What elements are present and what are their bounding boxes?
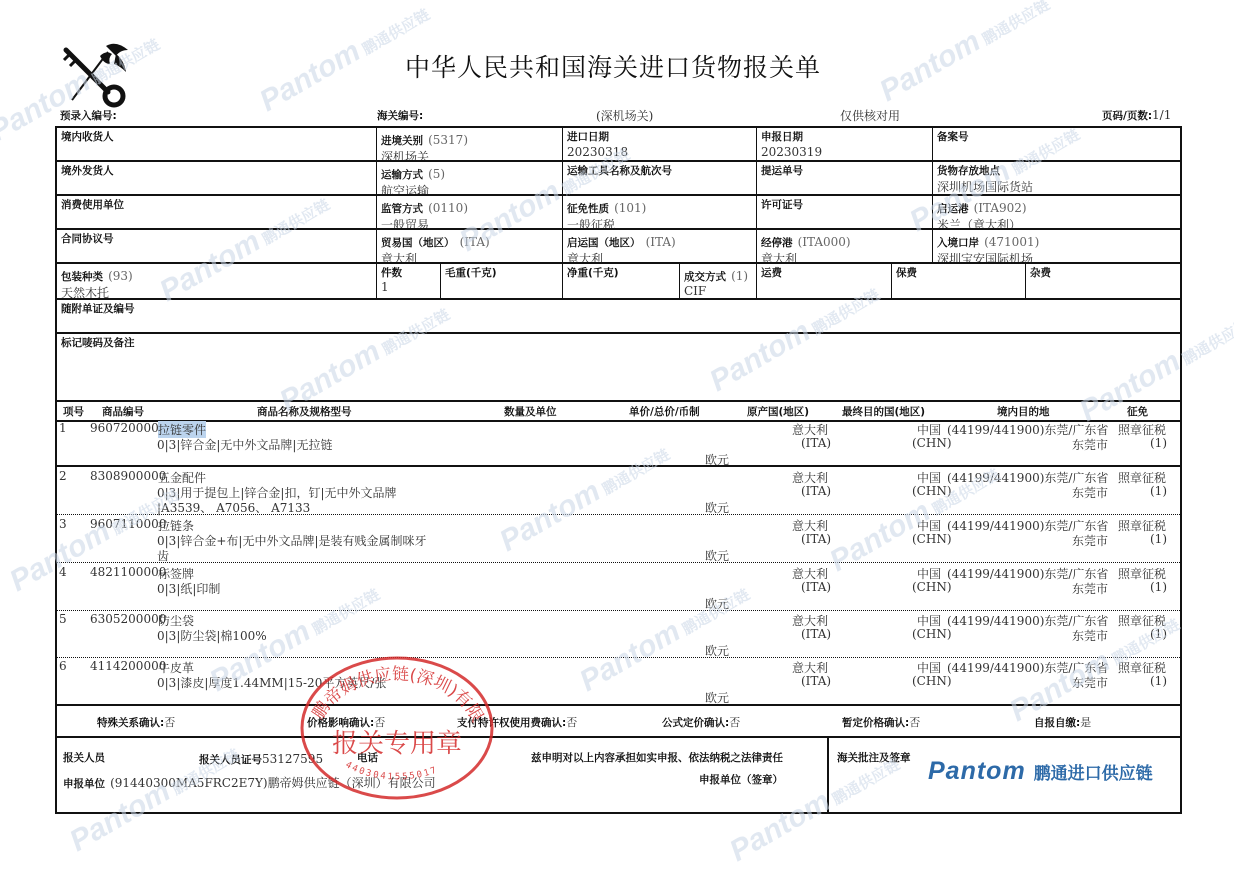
goods-currency: 欧元 [705,595,729,612]
customs-emblem-icon [60,38,130,110]
field-gross-weight: 毛重(千克) [441,264,563,300]
field-declare-date: 申报日期 20230319 [757,128,933,162]
goods-row: 39607110000拉链条0|3|锌合金+布|无中外文品牌|是装有贱金属制咪牙… [57,516,1180,563]
goods-origin-code: (ITA) [801,674,831,688]
goods-dest-code: (CHN) [912,484,952,498]
goods-currency: 欧元 [705,547,729,564]
field-marks: 标记唛码及备注 [57,334,1180,400]
field-package-type: 包装种类 (93) 天然木托 [57,264,377,300]
declaring-unit: 申报单位 (91440300MA5FRC2E7Y)鹏帝姆供应链（深圳）有限公司 [63,772,436,791]
goods-row: 56305200000防尘袋0|3|防尘袋|棉100%欧元意大利(ITA)中国(… [57,611,1180,658]
goods-levy-code: (1) [1150,627,1167,641]
goods-domestic-city: 东莞市 [1072,580,1108,597]
goods-currency: 欧元 [705,499,729,516]
goods-domestic-city: 东莞市 [1072,484,1108,501]
goods-dest-code: (CHN) [912,674,952,688]
goods-levy-code: (1) [1150,580,1167,594]
field-supervision: 监管方式 (0110) 一般贸易 [377,196,563,230]
goods-hs-code: 9607110000 [90,517,166,531]
goods-domestic-city: 东莞市 [1072,532,1108,549]
field-pieces: 件数 1 [377,264,441,300]
confirm-self-declare: 自报自缴:是 [1034,714,1091,730]
confirmations-row: 特殊关系确认:否 价格影响确认:否 支付特许权使用费确认:否 公式定价确认:否 … [57,706,1180,738]
field-contract-no: 合同协议号 [57,230,377,264]
field-net-weight: 净重(千克) [563,264,680,300]
pre-entry-no-label: 预录入编号: [60,108,117,123]
field-bill-no: 提运单号 [757,162,933,196]
goods-levy-code: (1) [1150,674,1167,688]
field-entry-customs: 进境关别 (5317) 深机场关 [377,128,563,162]
goods-dest-code: (CHN) [912,436,952,450]
field-import-date: 进口日期 20230318 [563,128,757,162]
customs-office: (深机场关) [596,107,653,124]
field-license-no: 许可证号 [757,196,933,230]
confirm-provisional-price: 暂定价格确认:否 [842,714,920,730]
goods-spec: 齿 [157,547,169,564]
field-departure-country: 启运国（地区） (ITA) 意大利 [563,230,757,264]
document-title: 中华人民共和国海关进口货物报关单 [405,48,821,84]
field-entry-port: 入境口岸 (471001) 深圳宝安国际机场 [933,230,1180,264]
goods-spec: 0|3|防尘袋|棉100% [157,627,267,644]
goods-origin-code: (ITA) [801,484,831,498]
field-misc-fee: 杂费 [1026,264,1180,300]
customs-approval-label: 海关批注及签章 [837,750,911,765]
goods-spec: |A3539、 A7056、 A7133 [157,499,310,516]
goods-origin-code: (ITA) [801,627,831,641]
goods-row: 28308900000五金配件0|3|用于提包上|锌合金|扣，钉|无中外文品牌|… [57,468,1180,515]
declaration-statement: 兹申明对以上内容承担如实申报、依法纳税之法律责任 [531,750,783,765]
goods-currency: 欧元 [705,689,729,706]
goods-domestic-city: 东莞市 [1072,674,1108,691]
goods-no: 5 [59,612,67,626]
goods-dest-code: (CHN) [912,627,952,641]
goods-no: 4 [59,565,67,579]
goods-hs-code: 8308900000 [90,469,166,483]
field-record-no: 备案号 [933,128,1180,162]
goods-row: 64114200000牛皮革0|3|漆皮|厚度1.44MM|15-20平方英尺/… [57,658,1180,706]
goods-currency: 欧元 [705,642,729,659]
declaration-form: 境内收货人 进境关别 (5317) 深机场关 进口日期 20230318 申报日… [55,126,1182,814]
field-transport-name: 运输工具名称及航次号 [563,162,757,196]
phone-label: 电话 [357,750,378,765]
goods-no: 6 [59,659,67,673]
goods-levy-code: (1) [1150,436,1167,450]
declarant-cert: 报关人员证号53127595 [199,748,323,767]
field-consignee: 境内收货人 [57,128,377,162]
goods-hs-code: 9607200000 [90,421,166,435]
goods-currency: 欧元 [705,451,729,468]
field-freight: 运费 [757,264,892,300]
goods-row: 44821100000标签牌0|3|纸|印制欧元意大利(ITA)中国(CHN)(… [57,564,1180,611]
goods-levy-code: (1) [1150,532,1167,546]
confirm-price-impact: 价格影响确认:否 [307,714,385,730]
goods-spec: 0|3|纸|印制 [157,580,220,597]
goods-no: 3 [59,517,67,531]
goods-origin-code: (ITA) [801,532,831,546]
field-storage: 货物存放地点 深圳机场国际货站 [933,162,1180,196]
field-transport-mode: 运输方式 (5) 航空运输 [377,162,563,196]
goods-no: 1 [59,421,67,435]
confirm-special-relation: 特殊关系确认:否 [97,714,175,730]
customs-no-label: 海关编号: [377,108,423,123]
declarant-label: 报关人员 [63,750,105,765]
pantom-brand-logo: Pantom鹏通进口供应链 [928,757,1153,786]
field-trade-country: 贸易国（地区） (ITA) 意大利 [377,230,563,264]
field-consumer: 消费使用单位 [57,196,377,230]
page-number: 页码/页数:1/1 [1102,108,1171,123]
goods-table-header: 项号 商品编号 商品名称及规格型号 数量及单位 单价/总价/币制 原产国(地区)… [57,400,1180,422]
goods-no: 2 [59,469,67,483]
watermark: Pantom鹏通供应链 [874,0,1055,109]
goods-origin-code: (ITA) [801,580,831,594]
field-attached-docs: 随附单证及编号 [57,300,1180,334]
field-transit-port: 经停港 (ITA000) 意大利 [757,230,933,264]
goods-hs-code: 4114200000 [90,659,166,673]
goods-hs-code: 6305200000 [90,612,166,626]
field-consignor: 境外发货人 [57,162,377,196]
goods-domestic-city: 东莞市 [1072,627,1108,644]
goods-dest-code: (CHN) [912,580,952,594]
goods-origin-code: (ITA) [801,436,831,450]
confirm-formula-pricing: 公式定价确认:否 [662,714,740,730]
field-trade-terms: 成交方式 (1) CIF [680,264,757,300]
goods-spec: 0|3|锌合金|无中外文品牌|无拉链 [157,436,332,453]
confirm-royalty: 支付特许权使用费确认:否 [457,714,577,730]
verify-note: 仅供核对用 [840,107,900,124]
goods-domestic-city: 东莞市 [1072,436,1108,453]
field-levy-nature: 征免性质 (101) 一般征税 [563,196,757,230]
goods-dest-code: (CHN) [912,532,952,546]
field-insurance: 保费 [892,264,1026,300]
declaring-unit-sign: 申报单位（签章） [699,772,783,787]
goods-row: 19607200000拉链零件0|3|锌合金|无中外文品牌|无拉链欧元意大利(I… [57,420,1180,467]
goods-spec: 0|3|漆皮|厚度1.44MM|15-20平方英尺/张 [157,674,386,691]
goods-hs-code: 4821100000 [90,565,166,579]
goods-spec: 0|3|锌合金+布|无中外文品牌|是装有贱金属制咪牙 [157,532,427,549]
field-departure-port: 启运港 (ITA902) 米兰（意大利） [933,196,1180,230]
goods-levy-code: (1) [1150,484,1167,498]
